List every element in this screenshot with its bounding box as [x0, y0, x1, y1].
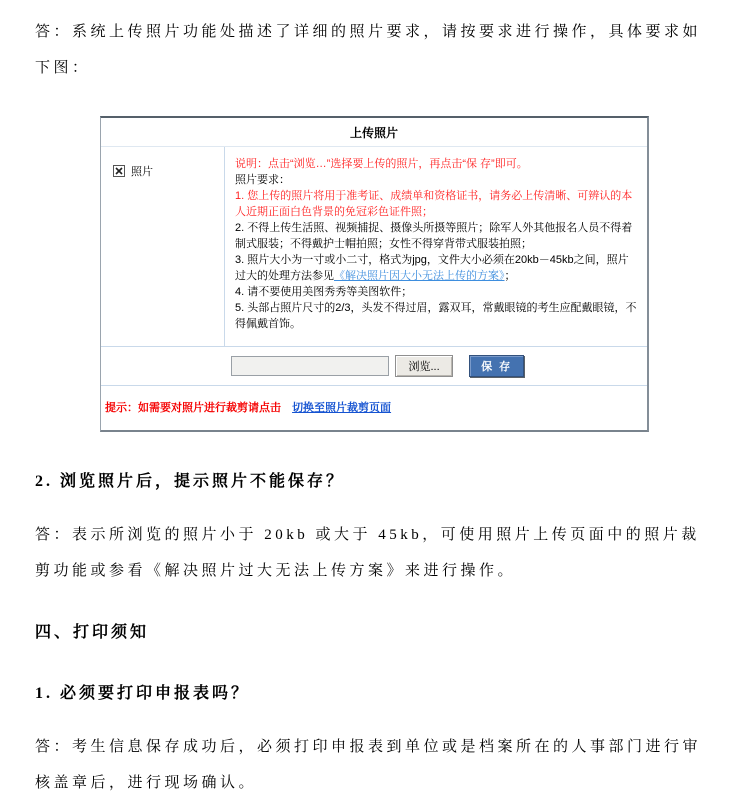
dialog-title: 上传照片: [101, 118, 647, 147]
upload-photo-dialog: 上传照片 照片 说明：点击“浏览…”选择要上传的照片，再点击“保 存”即可。 照…: [100, 116, 649, 432]
photo-label-cell: 照片: [101, 147, 225, 346]
file-path-input[interactable]: [231, 356, 389, 376]
browse-button[interactable]: 浏览...: [395, 355, 452, 377]
requirement-2: 2. 不得上传生活照、视频捕捉、摄像头所摄等照片；除军人外其他报名人员不得着制式…: [235, 220, 637, 252]
dialog-body: 照片 说明：点击“浏览…”选择要上传的照片，再点击“保 存”即可。 照片要求： …: [101, 147, 647, 346]
requirement-3: 3. 照片大小为一寸或小二寸，格式为jpg，文件大小必须在20kb－45kb之间…: [235, 252, 637, 284]
switch-to-crop-page-link[interactable]: 切换至照片裁剪页面: [292, 402, 391, 414]
photo-requirements-cell: 说明：点击“浏览…”选择要上传的照片，再点击“保 存”即可。 照片要求： 1. …: [225, 147, 647, 346]
save-button[interactable]: 保 存: [469, 355, 524, 377]
requirement-1: 1. 您上传的照片将用于准考证、成绩单和资格证书，请务必上传清晰、可辨认的本人近…: [235, 188, 637, 220]
question-2-answer: 答：表示所浏览的照片小于 20kb 或大于 45kb，可使用照片上传页面中的照片…: [35, 517, 712, 589]
upload-controls-row: 浏览... 保 存: [101, 346, 647, 385]
requirement-3-suffix: ；: [505, 270, 516, 282]
question-1-heading: 1. 必须要打印申报表吗？: [35, 680, 712, 703]
crop-hint-row: 提示：如需要对照片进行裁剪请点击 切换至照片裁剪页面: [101, 385, 647, 430]
question-2-heading: 2. 浏览照片后，提示照片不能保存？: [35, 468, 712, 491]
requirement-4: 4. 请不要使用美图秀秀等美图软件；: [235, 284, 637, 300]
photo-label: 照片: [131, 166, 153, 178]
part-4-heading: 四、打印须知: [35, 619, 712, 642]
requirements-heading: 照片要求：: [235, 172, 637, 188]
intro-paragraph: 答：系统上传照片功能处描述了详细的照片要求，请按要求进行操作，具体要求如下图：: [35, 14, 712, 86]
broken-image-icon: [113, 165, 125, 177]
oversize-photo-solution-link[interactable]: 《解决照片因大小无法上传的方案》: [334, 270, 505, 282]
question-1-answer: 答：考生信息保存成功后，必须打印申报表到单位或是档案所在的人事部门进行审核盖章后…: [35, 729, 712, 797]
requirement-5: 5. 头部占照片尺寸的2/3，头发不得过眉，露双耳，常戴眼镜的考生应配戴眼镜，不…: [235, 300, 637, 332]
crop-hint-text: 提示：如需要对照片进行裁剪请点击: [105, 402, 281, 414]
instruction-line: 说明：点击“浏览…”选择要上传的照片，再点击“保 存”即可。: [235, 156, 637, 172]
